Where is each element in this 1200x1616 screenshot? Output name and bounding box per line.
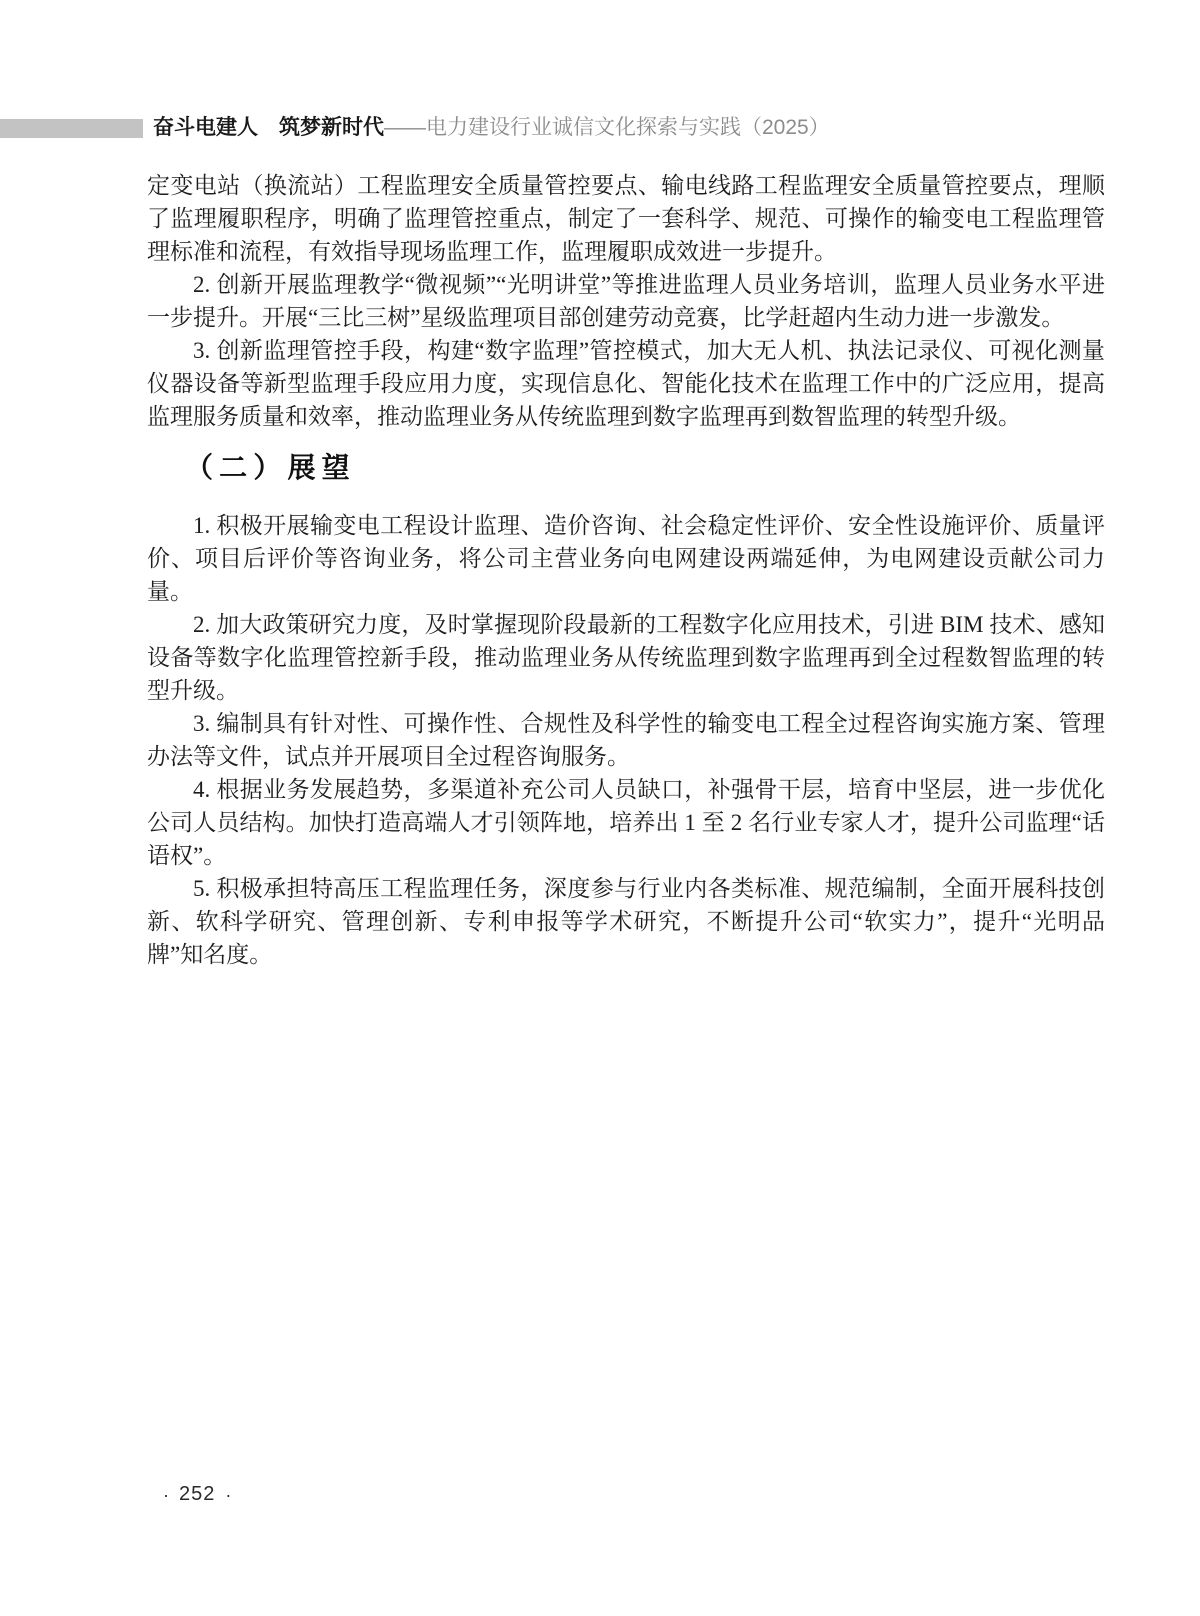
book-page: 奋斗电建人 筑梦新时代——电力建设行业诚信文化探索与实践（2025） 定变电站（… (0, 0, 1200, 1616)
folio-dot-right: · (225, 1485, 231, 1505)
folio-number: 252 (179, 1483, 215, 1506)
page-body: 定变电站（换流站）工程监理安全质量管控要点、输电线路工程监理安全质量管控要点，理… (147, 169, 1105, 971)
body-paragraph: 定变电站（换流站）工程监理安全质量管控要点、输电线路工程监理安全质量管控要点，理… (147, 169, 1105, 268)
header-accent-bar (0, 119, 143, 138)
body-paragraph: 5. 积极承担特高压工程监理任务，深度参与行业内各类标准、规范编制，全面开展科技… (147, 872, 1105, 971)
page-number: · 252 · (163, 1483, 231, 1506)
body-paragraph: 1. 积极开展输变电工程设计监理、造价咨询、社会稳定性评价、安全性设施评价、质量… (147, 509, 1105, 608)
book-title-subtitle: ——电力建设行业诚信文化探索与实践（2025） (384, 116, 830, 139)
body-paragraph: 2. 创新开展监理教学“微视频”“光明讲堂”等推进监理人员业务培训，监理人员业务… (147, 268, 1105, 334)
book-title-main: 奋斗电建人 筑梦新时代 (153, 116, 384, 139)
body-paragraph: 3. 编制具有针对性、可操作性、合规性及科学性的输变电工程全过程咨询实施方案、管… (147, 707, 1105, 773)
folio-dot-left: · (163, 1485, 169, 1505)
section-heading: （二）展望 (185, 451, 1105, 487)
running-head: 奋斗电建人 筑梦新时代——电力建设行业诚信文化探索与实践（2025） (153, 114, 1153, 141)
body-paragraph: 3. 创新监理管控手段，构建“数字监理”管控模式，加大无人机、执法记录仪、可视化… (147, 334, 1105, 433)
body-paragraph: 2. 加大政策研究力度，及时掌握现阶段最新的工程数字化应用技术，引进 BIM 技… (147, 608, 1105, 707)
body-paragraph: 4. 根据业务发展趋势，多渠道补充公司人员缺口，补强骨干层，培育中坚层，进一步优… (147, 773, 1105, 872)
